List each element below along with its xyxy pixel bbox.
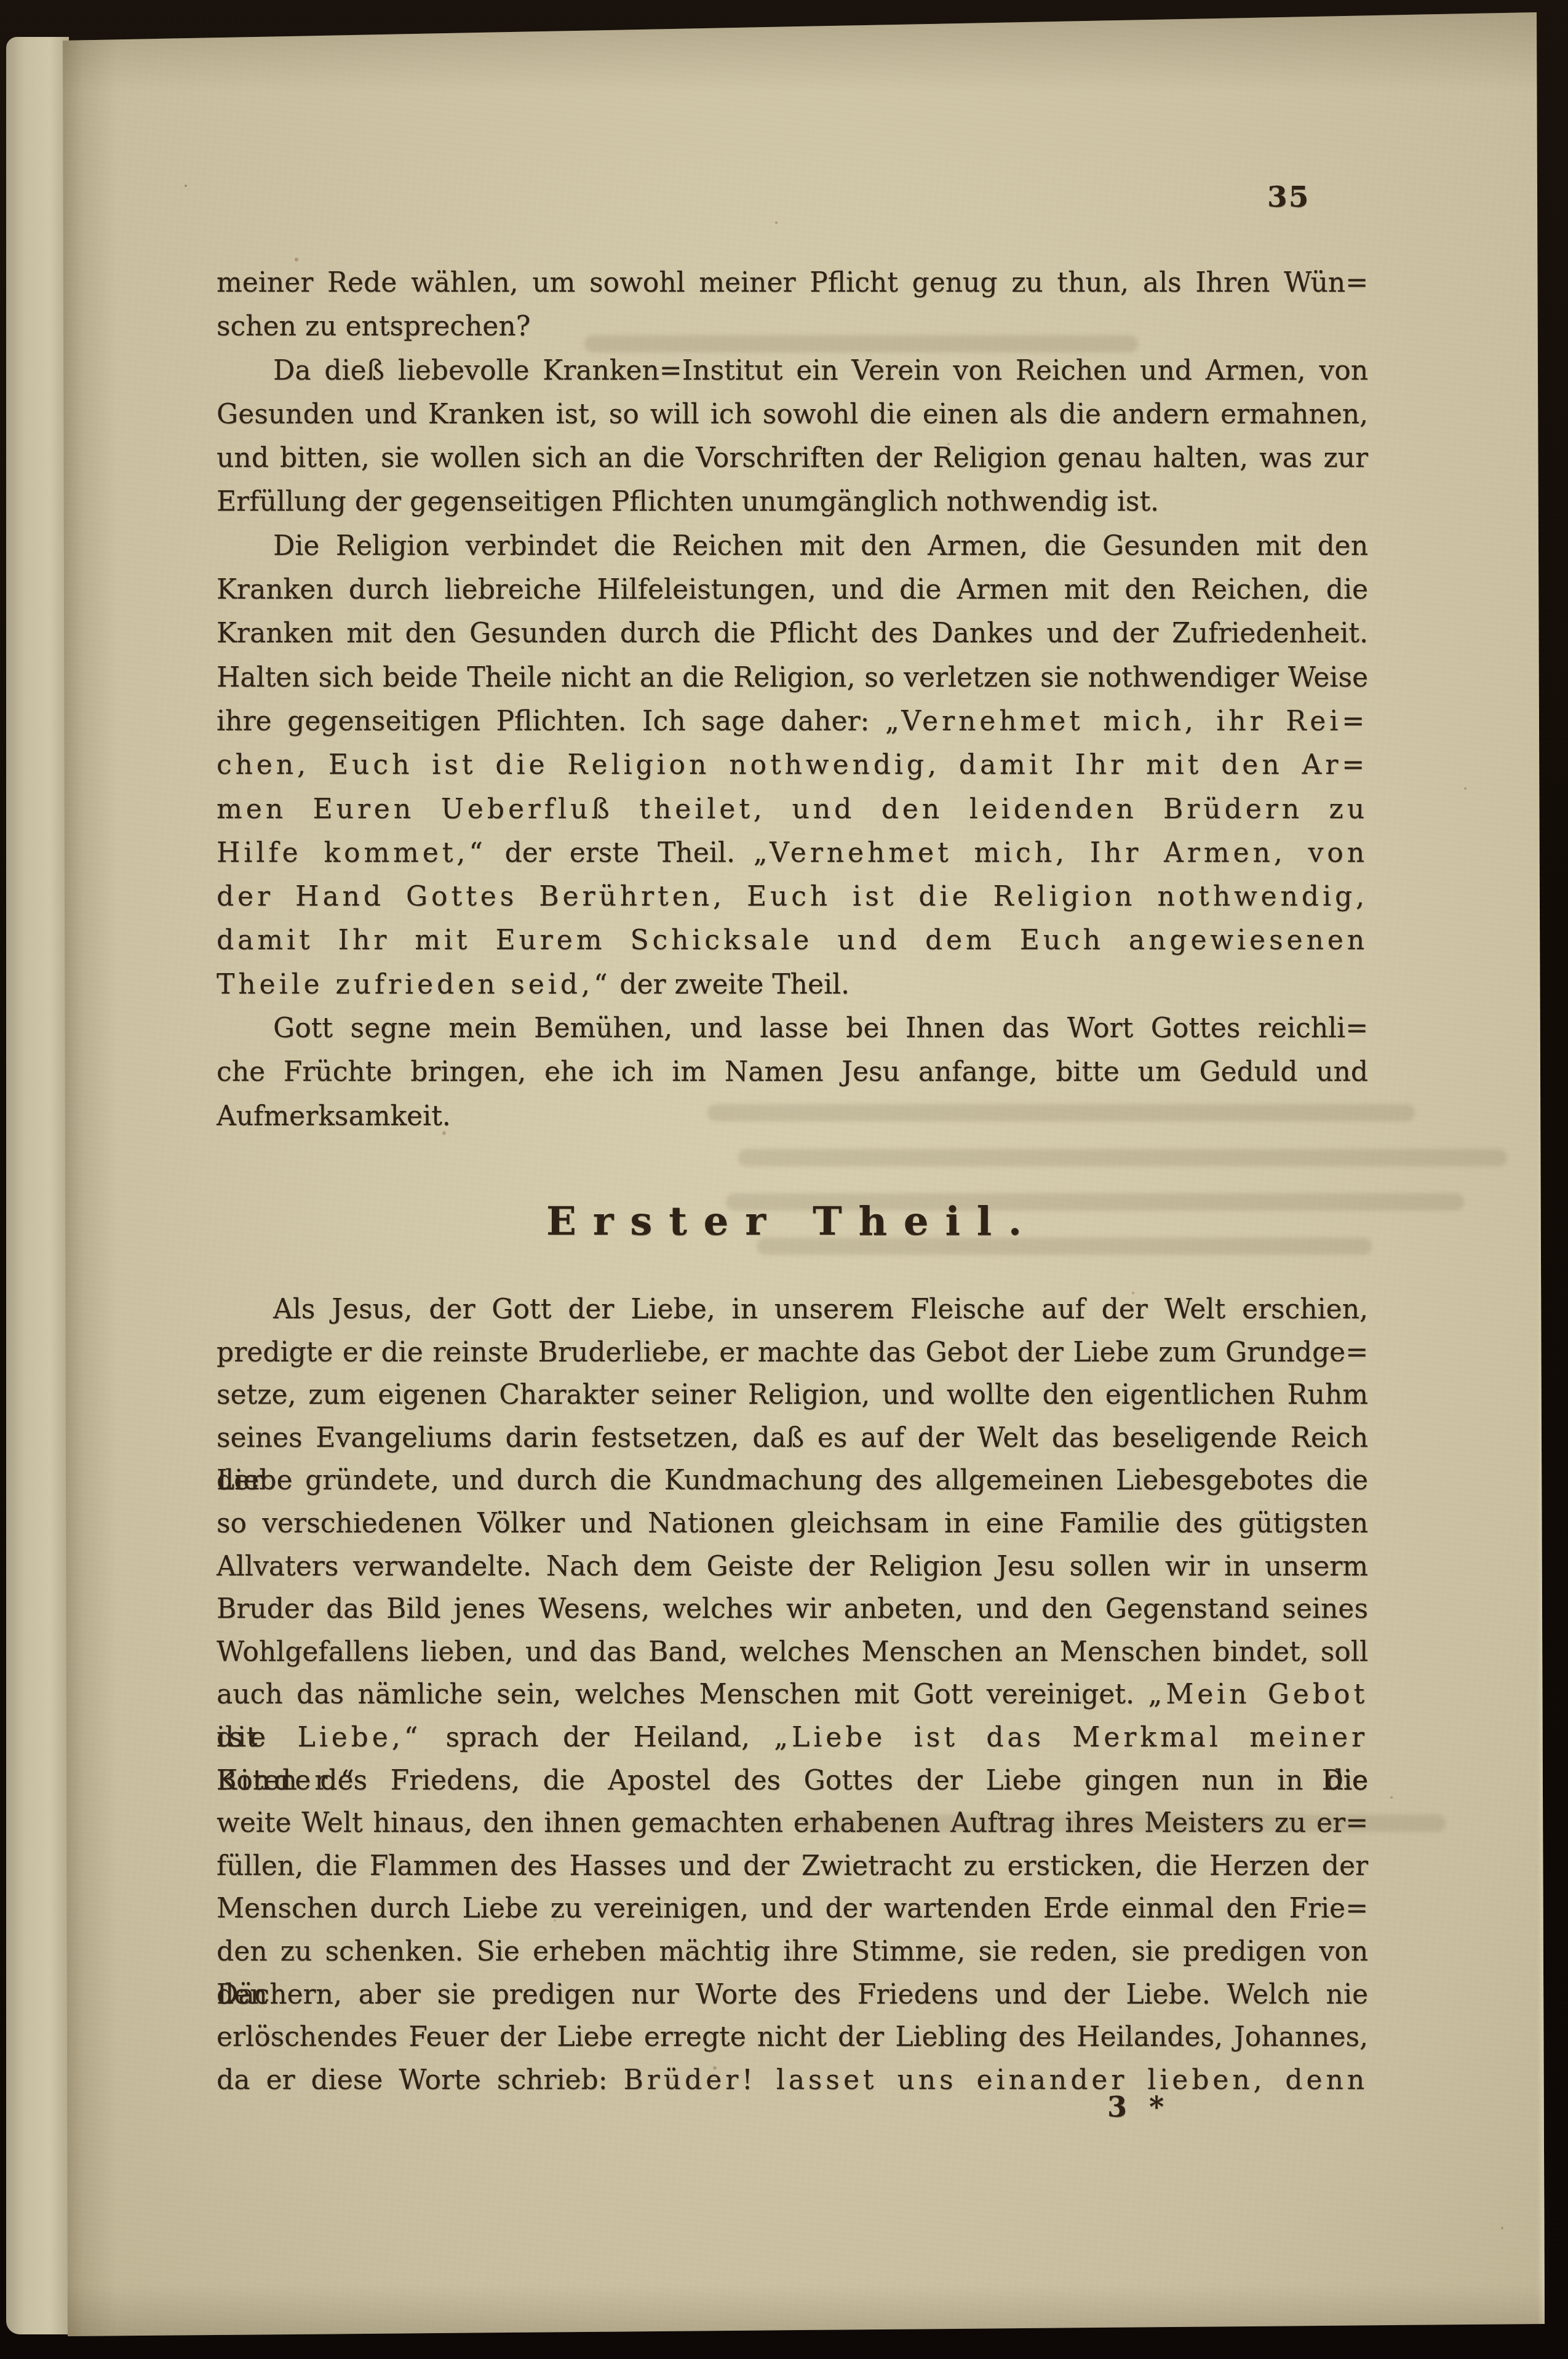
text-line: Da dieß liebevolle Kranken=Institut ein … <box>217 349 1368 392</box>
text-line: den zu schenken. Sie erheben mächtig ihr… <box>217 1930 1368 1973</box>
text-segment: und bitten, sie wollen sich an die Vorsc… <box>217 442 1368 474</box>
text-line: Boten des Friedens, die Apostel des Gott… <box>217 1759 1368 1802</box>
text-line: Bruder das Bild jenes Wesens, welches wi… <box>217 1588 1368 1631</box>
text-line: Liebe gründete, und durch die Kundmachun… <box>217 1459 1368 1502</box>
text-segment: Boten des Friedens, die Apostel des Gott… <box>217 1765 1368 1796</box>
text-line: seines Evangeliums darin festsetzen, daß… <box>217 1417 1368 1460</box>
text-line: meiner Rede wählen, um sowohl meiner Pfl… <box>217 261 1368 304</box>
book-page: 35 meiner Rede wählen, um sowohl meiner … <box>0 0 1568 2359</box>
text-line: füllen, die Flammen des Hasses und der Z… <box>217 1845 1368 1888</box>
text-segment: schen zu entsprechen? <box>217 311 530 342</box>
show-through-smudge <box>738 1149 1507 1166</box>
emphasized-text: Hilfe kommet,“ <box>217 837 487 869</box>
text-line: men Euren Ueberfluß theilet, und den lei… <box>217 787 1368 831</box>
emphasized-text: damit Ihr mit Eurem Schicksale und dem E… <box>217 925 1368 956</box>
section-heading: Erster Theil. <box>217 1198 1368 1244</box>
text-line: Kranken mit den Gesunden durch die Pflic… <box>217 611 1368 655</box>
text-segment: erlöschendes Feuer der Liebe erregte nic… <box>217 2021 1368 2053</box>
text-segment: Liebe gründete, und durch die Kundmachun… <box>217 1465 1368 1496</box>
text-segment: Erfüllung der gegenseitigen Pflichten un… <box>217 486 1159 517</box>
text-segment: Gott segne mein Bemühen, und lasse bei I… <box>273 1012 1368 1044</box>
emphasized-text: „Vernehmet mich, Ihr Armen, von <box>754 837 1368 869</box>
text-line: Menschen durch Liebe zu vereinigen, und … <box>217 1887 1368 1930</box>
text-segment: Dächern, aber sie predigen nur Worte des… <box>217 1979 1368 2010</box>
text-segment: Die Religion verbindet die Reichen mit d… <box>273 530 1368 562</box>
text-segment: meiner Rede wählen, um sowohl meiner Pfl… <box>217 267 1368 298</box>
text-segment: der zweite Theil. <box>611 969 850 1000</box>
body-text-block-2: Als Jesus, der Gott der Liebe, in unsere… <box>217 1288 1368 2101</box>
emphasized-text: chen, Euch ist die Religion nothwendig, … <box>217 749 1368 781</box>
emphasized-text: „Vernehmet mich, ihr Rei= <box>885 706 1368 737</box>
body-text-block-1: meiner Rede wählen, um sowohl meiner Pfl… <box>217 261 1368 1138</box>
text-segment: Menschen durch Liebe zu vereinigen, und … <box>217 1893 1368 1924</box>
emphasized-text: die Liebe,“ <box>217 1722 421 1753</box>
text-segment: weite Welt hinaus, den ihnen gemachten e… <box>217 1807 1368 1839</box>
emphasized-text: Theile zufrieden seid,“ <box>217 969 611 1000</box>
text-segment: der erste Theil. <box>487 837 754 869</box>
text-line: Allvaters verwandelte. Nach dem Geiste d… <box>217 1545 1368 1588</box>
text-line: so verschiedenen Völker und Nationen gle… <box>217 1502 1368 1545</box>
page-number: 35 <box>1267 180 1310 214</box>
text-line: predigte er die reinste Bruderliebe, er … <box>217 1331 1368 1374</box>
signature-mark: 3 * <box>1107 2090 1170 2123</box>
text-line: chen, Euch ist die Religion nothwendig, … <box>217 743 1368 787</box>
text-line: Die Religion verbindet die Reichen mit d… <box>217 524 1368 568</box>
text-segment: Gesunden und Kranken ist, so will ich so… <box>217 399 1368 430</box>
text-line: Theile zufrieden seid,“ der zweite Theil… <box>217 963 1368 1006</box>
text-line: da er diese Worte schrieb: Brüder! lasse… <box>217 2059 1368 2102</box>
text-line: Gesunden und Kranken ist, so will ich so… <box>217 392 1368 436</box>
text-segment: sprach der Heiland, <box>421 1722 774 1753</box>
text-segment: füllen, die Flammen des Hasses und der Z… <box>217 1850 1368 1882</box>
text-segment: Wohlgefallens lieben, und das Band, welc… <box>217 1636 1368 1668</box>
text-segment: ihre gegenseitigen Pflichten. Ich sage d… <box>217 706 885 737</box>
text-line: weite Welt hinaus, den ihnen gemachten e… <box>217 1802 1368 1845</box>
text-line: Kranken durch liebreiche Hilfeleistungen… <box>217 568 1368 611</box>
underlying-page-edge <box>6 37 69 2334</box>
text-line: Hilfe kommet,“ der erste Theil. „Vernehm… <box>217 831 1368 875</box>
text-segment: che Früchte bringen, ehe ich im Namen Je… <box>217 1056 1368 1088</box>
scan-canvas: { "page_number": "35", "heading": "Erste… <box>0 0 1568 2359</box>
text-segment: setze, zum eigenen Charakter seiner Reli… <box>217 1379 1368 1410</box>
text-line: schen zu entsprechen? <box>217 304 1368 348</box>
text-line: Aufmerksamkeit. <box>217 1094 1368 1138</box>
text-line: che Früchte bringen, ehe ich im Namen Je… <box>217 1050 1368 1094</box>
text-line: erlöschendes Feuer der Liebe erregte nic… <box>217 2016 1368 2059</box>
text-line: Dächern, aber sie predigen nur Worte des… <box>217 1973 1368 2016</box>
text-segment: Kranken durch liebreiche Hilfeleistungen… <box>217 574 1368 605</box>
emphasized-text: men Euren Ueberfluß theilet, und den lei… <box>217 794 1368 825</box>
text-segment: Allvaters verwandelte. Nach dem Geiste d… <box>217 1551 1368 1582</box>
text-line: Gott segne mein Bemühen, und lasse bei I… <box>217 1006 1368 1050</box>
text-line: Halten sich beide Theile nicht an die Re… <box>217 656 1368 699</box>
text-segment: Bruder das Bild jenes Wesens, welches wi… <box>217 1593 1368 1625</box>
text-segment: predigte er die reinste Bruderliebe, er … <box>217 1337 1368 1368</box>
text-line: die Liebe,“ sprach der Heiland, „Liebe i… <box>217 1716 1368 1759</box>
emphasized-text: der Hand Gottes Berührten, Euch ist die … <box>217 881 1368 912</box>
foxing-speckles <box>185 185 187 187</box>
text-line: setze, zum eigenen Charakter seiner Reli… <box>217 1374 1368 1417</box>
text-segment: Kranken mit den Gesunden durch die Pflic… <box>217 618 1368 649</box>
text-line: Wohlgefallens lieben, und das Band, welc… <box>217 1631 1368 1674</box>
text-line: auch das nämliche sein, welches Menschen… <box>217 1673 1368 1716</box>
text-line: und bitten, sie wollen sich an die Vorsc… <box>217 436 1368 480</box>
text-segment: Halten sich beide Theile nicht an die Re… <box>217 662 1368 693</box>
text-line: ihre gegenseitigen Pflichten. Ich sage d… <box>217 699 1368 743</box>
text-segment: da er diese Worte schrieb: <box>217 2064 624 2096</box>
text-segment: Als Jesus, der Gott der Liebe, in unsere… <box>273 1294 1368 1325</box>
emphasized-text: Brüder! lasset uns einander lieben, denn <box>624 2064 1368 2096</box>
text-line: damit Ihr mit Eurem Schicksale und dem E… <box>217 918 1368 962</box>
text-line: Erfüllung der gegenseitigen Pflichten un… <box>217 480 1368 523</box>
text-segment: so verschiedenen Völker und Nationen gle… <box>217 1508 1368 1539</box>
text-segment: auch das nämliche sein, welches Menschen… <box>217 1679 1148 1710</box>
text-segment: Da dieß liebevolle Kranken=Institut ein … <box>273 355 1368 386</box>
text-line: der Hand Gottes Berührten, Euch ist die … <box>217 875 1368 918</box>
text-line: Als Jesus, der Gott der Liebe, in unsere… <box>217 1288 1368 1331</box>
gutter-crease-shadow <box>62 0 117 2359</box>
text-segment: Aufmerksamkeit. <box>217 1100 451 1132</box>
